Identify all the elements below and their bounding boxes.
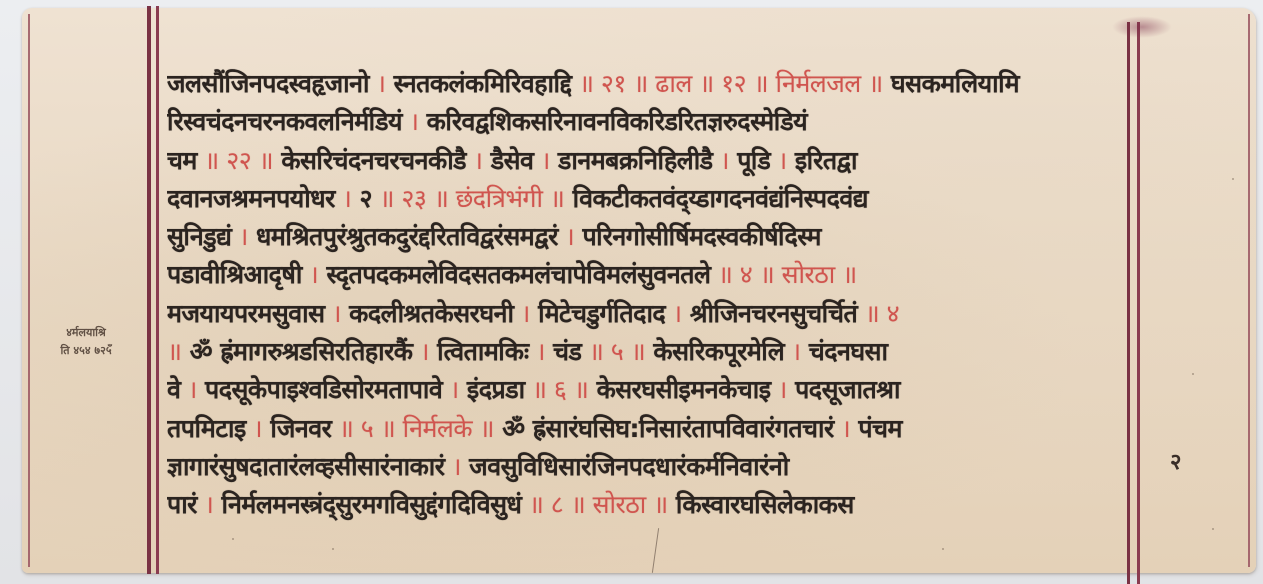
text-segment: केसरिकपूरमेलि	[645, 337, 784, 366]
text-segment: करिवद्वशिकसरिनावनविकरिडरितज्ञरुदस्मेडियं	[418, 107, 807, 136]
rubric-segment: ।	[246, 414, 262, 443]
manuscript-text-block: जलसौंजिनपदस्वहृजानो । स्नतकलंकमिरिवहाद्द…	[167, 65, 1125, 515]
rubric-segment: ।	[335, 184, 351, 213]
rubric-segment: ॥ २३ ॥ छंदत्रिभंगी ॥	[372, 184, 564, 213]
text-segment: रिस्वचंदनचरनकवलनिर्मडियं	[167, 107, 402, 136]
text-segment: कदलीश्रतकेसरघनी	[341, 299, 514, 328]
rubric-segment: ।	[513, 299, 529, 328]
manuscript-line: दवानजश्रमनपयोधर । २ ॥ २३ ॥ छंदत्रिभंगी ॥…	[167, 180, 1125, 218]
manuscript-line: मजयायपरमसुवास । कदलीश्रतकेसरघनी । मिटेचड…	[167, 295, 1125, 333]
rubric-segment: ॥ ४	[857, 299, 899, 328]
rubric-segment: ।	[533, 146, 549, 175]
text-segment: वे	[167, 375, 180, 404]
left-margin-rule-outer	[147, 6, 151, 574]
text-segment: ॐ ह्रंसारंघसिघ:निसारंतापविवारंगतचारं	[494, 414, 834, 443]
text-segment: चंदनघसा	[801, 337, 888, 366]
margin-note-line-2: ति ४५४ ७२५ँ	[30, 342, 142, 360]
text-segment: पारं	[167, 490, 197, 519]
paper-tear	[652, 528, 659, 573]
text-segment: जलसौंजिनपदस्वहृजानो	[167, 69, 369, 98]
right-margin-rule-inner	[1127, 22, 1130, 584]
text-segment: सुनिडुद्यं	[167, 222, 231, 251]
text-segment: इरितद्वा	[787, 146, 857, 175]
text-segment: मिटेचडुर्गतिदाद	[530, 299, 665, 328]
text-segment: स्नतकलंकमिरिवहाद्दि	[385, 69, 571, 98]
paper-speck	[1212, 528, 1214, 530]
left-margin-rule-inner	[156, 6, 159, 574]
manuscript-line: ज्ञागारंसुषदातारंलव्हसीसारंनाकारं । जवसु…	[167, 448, 1125, 486]
rubric-segment: ।	[302, 260, 318, 289]
rubric-segment: ।	[665, 299, 681, 328]
text-segment: धमश्रितपुरंश्रुतकदुरंद्दरितविद्वरंसमद्वर…	[248, 222, 558, 251]
manuscript-line: चम ॥ २२ ॥ केसरिचंदनचरचनकीडै । डैसेव । डा…	[167, 142, 1125, 180]
text-segment: दवानजश्रमनपयोधर	[167, 184, 335, 213]
manuscript-line: तपमिटाइ । जिनवर ॥ ५ ॥ निर्मलके ॥ ॐ ह्रंस…	[167, 410, 1125, 448]
text-segment: चंड	[545, 337, 581, 366]
paper-speck	[942, 548, 944, 550]
rubric-segment: ।	[180, 375, 196, 404]
text-segment: त्वितामकिः	[429, 337, 529, 366]
rubric-segment: ॥ ८ ॥ सोरठा ॥	[521, 490, 667, 519]
photo-backdrop: ४र्मलयाश्रि ति ४५४ ७२५ँ २ जलसौंजिनपदस्वह…	[0, 0, 1263, 584]
text-segment: विकटीकतवंद्य्डागदनवंद्यंनिस्पदवंद्य	[564, 184, 868, 213]
text-segment: चम	[167, 146, 197, 175]
rubric-segment: ॥ २२ ॥	[197, 146, 273, 175]
rubric-segment: ।	[834, 414, 850, 443]
ink-stain	[1112, 16, 1172, 38]
manuscript-folio: ४र्मलयाश्रि ति ४५४ ७२५ँ २ जलसौंजिनपदस्वह…	[22, 8, 1256, 573]
text-segment: डानमबक्रनिहिलीडै	[550, 146, 713, 175]
text-segment: इंदप्रडा	[459, 375, 525, 404]
rubric-segment: ।	[784, 337, 800, 366]
left-edge-rule	[28, 14, 30, 567]
rubric-segment: ।	[529, 337, 545, 366]
manuscript-line: वे । पदसूकेपाइश्वडिसोरमतापावे । इंदप्रडा…	[167, 371, 1125, 409]
text-segment: तपमिटाइ	[167, 414, 246, 443]
text-segment: केसरघसीइमनकेचाइ	[588, 375, 770, 404]
manuscript-line: रिस्वचंदनचरनकवलनिर्मडियं । करिवद्वशिकसरि…	[167, 103, 1125, 141]
rubric-segment: ॥ २१ ॥ ढाल ॥ १२ ॥ निर्मलजल ॥	[572, 69, 883, 98]
rubric-segment: ।	[197, 490, 213, 519]
rubric-segment: ॥	[167, 337, 181, 366]
rubric-segment: ।	[713, 146, 729, 175]
rubric-segment: ॥ ५ ॥	[581, 337, 645, 366]
folio-number: २	[1170, 446, 1181, 476]
right-edge-rule	[1248, 14, 1250, 567]
text-segment: ॐ ह्रंमागरुश्रडसिरतिहारकैं	[181, 337, 412, 366]
text-segment: जिनवर	[262, 414, 331, 443]
margin-note-line-1: ४र्मलयाश्रि	[30, 324, 142, 342]
rubric-segment: ।	[402, 107, 418, 136]
rubric-segment: ।	[231, 222, 247, 251]
text-segment: निर्मलमनस्त्रंद्सुरमगविसुद्दंगदिविसुधं	[213, 490, 521, 519]
text-segment: केसरिचंदनचरचनकीडै	[273, 146, 466, 175]
manuscript-line: जलसौंजिनपदस्वहृजानो । स्नतकलंकमिरिवहाद्द…	[167, 65, 1125, 103]
text-segment: पदसूकेपाइश्वडिसोरमतापावे	[197, 375, 442, 404]
text-segment: परिनगोसीर्षिमदस्वकीर्षदिस्म	[574, 222, 821, 251]
rubric-segment: ।	[558, 222, 574, 251]
rubric-segment: ।	[466, 146, 482, 175]
text-segment: २	[351, 184, 372, 213]
paper-speck	[232, 538, 234, 540]
text-segment: पदसूजातश्रा	[787, 375, 900, 404]
rubric-segment: ।	[445, 452, 461, 481]
text-segment: श्रीजिनचरनसुचर्चितं	[682, 299, 858, 328]
rubric-segment: ।	[325, 299, 341, 328]
rubric-segment: ।	[369, 69, 385, 98]
text-segment: मजयायपरमसुवास	[167, 299, 325, 328]
right-margin-rule-outer	[1137, 22, 1140, 584]
rubric-segment: ॥ ५ ॥ निर्मलके ॥	[331, 414, 494, 443]
rubric-segment: ।	[770, 146, 786, 175]
text-segment: डैसेव	[482, 146, 533, 175]
text-segment: जवसुविधिसारंजिनपदधारंकर्मनिवारंनो	[461, 452, 789, 481]
manuscript-line: पडावीश्रिआदृषी । स्दृतपदकमलेविदसतकमलंचाप…	[167, 256, 1125, 294]
rubric-segment: ।	[442, 375, 458, 404]
text-segment: पंचम	[850, 414, 902, 443]
left-margin-note: ४र्मलयाश्रि ति ४५४ ७२५ँ	[30, 324, 142, 360]
text-segment: पूडि	[729, 146, 770, 175]
paper-speck	[1192, 373, 1194, 375]
rubric-segment: ।	[413, 337, 429, 366]
manuscript-line: ॥ ॐ ह्रंमागरुश्रडसिरतिहारकैं । त्वितामकि…	[167, 333, 1125, 371]
text-segment: घसकमलियामि	[883, 69, 1019, 98]
rubric-segment: ।	[770, 375, 786, 404]
text-segment: स्दृतपदकमलेविदसतकमलंचापेविमलंसुवनतले	[318, 260, 710, 289]
text-segment: किस्वारघसिलेकाकस	[668, 490, 854, 519]
manuscript-line: सुनिडुद्यं । धमश्रितपुरंश्रुतकदुरंद्दरित…	[167, 218, 1125, 256]
paper-speck	[332, 548, 334, 550]
text-segment: ज्ञागारंसुषदातारंलव्हसीसारंनाकारं	[167, 452, 445, 481]
rubric-segment: ॥ ६ ॥	[525, 375, 589, 404]
text-segment: पडावीश्रिआदृषी	[167, 260, 302, 289]
rubric-segment: ॥ ४ ॥ सोरठा ॥	[710, 260, 856, 289]
manuscript-line: पारं । निर्मलमनस्त्रंद्सुरमगविसुद्दंगदिव…	[167, 486, 1125, 524]
paper-speck	[1232, 178, 1234, 180]
